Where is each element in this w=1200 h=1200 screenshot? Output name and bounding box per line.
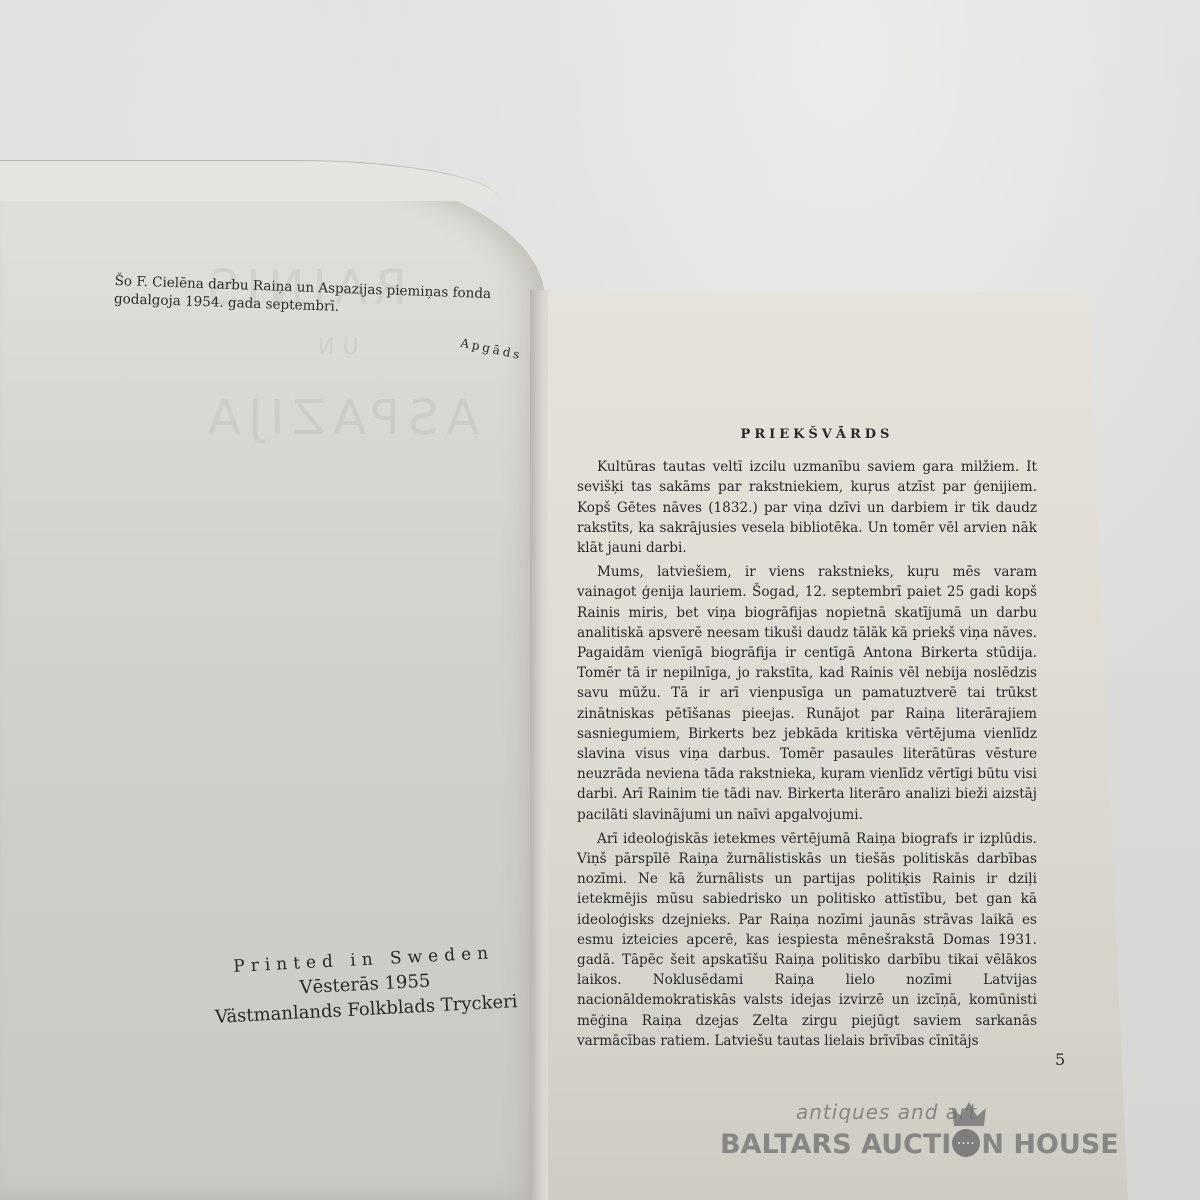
watermark-title-part2: N HOUSE [981, 1129, 1118, 1160]
ghost-text-line-3: ASPAZIJA [200, 390, 479, 446]
watermark-subtitle: antiques and art [796, 1100, 977, 1124]
watermark-title: BALTARS AUCTIN HOUSE [720, 1128, 1119, 1160]
preface-paragraph: Kultūras tautas veltī izcilu uzmanību sa… [577, 457, 1037, 558]
preface-text: PRIEKŠVĀRDS Kultūras tautas veltī izcilu… [577, 425, 1037, 1051]
crown-icon [952, 1102, 986, 1128]
preface-paragraph: Mums, latviešiem, ir viens rakstnieks, k… [577, 562, 1037, 825]
preface-heading: PRIEKŠVĀRDS [597, 425, 1037, 445]
auction-house-watermark: antiques and art BALTARS AUCTIN HOUSE [720, 1100, 1140, 1180]
ghost-text-line-2: UN [310, 335, 359, 360]
page-number: 5 [1055, 1050, 1065, 1069]
orb-icon [951, 1128, 981, 1158]
preface-paragraph: Arī ideoloģiskās ietekmes vērtējumā Raiņ… [577, 829, 1037, 1051]
watermark-title-part1: BALTARS AUCTI [720, 1129, 951, 1160]
